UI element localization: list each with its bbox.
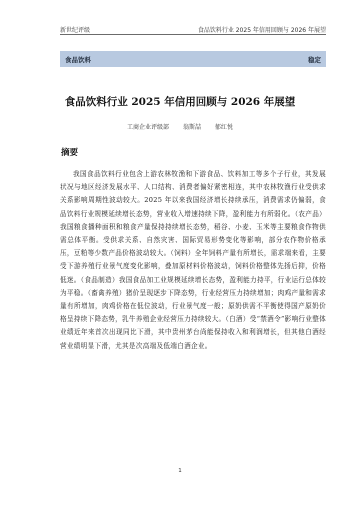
running-title: 食品饮料行业 2025 年信用回顾与 2026 年展望 [198, 25, 326, 34]
page-number: 1 [0, 468, 360, 474]
author-name: 郁红悦 [215, 124, 233, 131]
page-header: 新世纪评级 食品饮料行业 2025 年信用回顾与 2026 年展望 [60, 24, 326, 35]
sector-bar: 食品饮料 稳定 [60, 51, 326, 67]
sector-label: 食品饮料 [65, 55, 91, 64]
author-line: 工商企业评级部 翁斯喆 郁红悦 [0, 122, 360, 131]
department-name: 工商企业评级部 [127, 124, 169, 131]
author-name: 翁斯喆 [183, 124, 201, 131]
outlook-label: 稳定 [308, 55, 321, 64]
abstract-paragraph: 我国食品饮料行业包含上游农林牧渔和下游食品、饮料加工等多个子行业，其发展状况与地… [60, 168, 326, 353]
document-title: 食品饮料行业 2025 年信用回顾与 2026 年展望 [0, 94, 360, 109]
abstract-heading: 摘要 [61, 146, 78, 158]
publisher-name: 新世纪评级 [60, 25, 90, 34]
